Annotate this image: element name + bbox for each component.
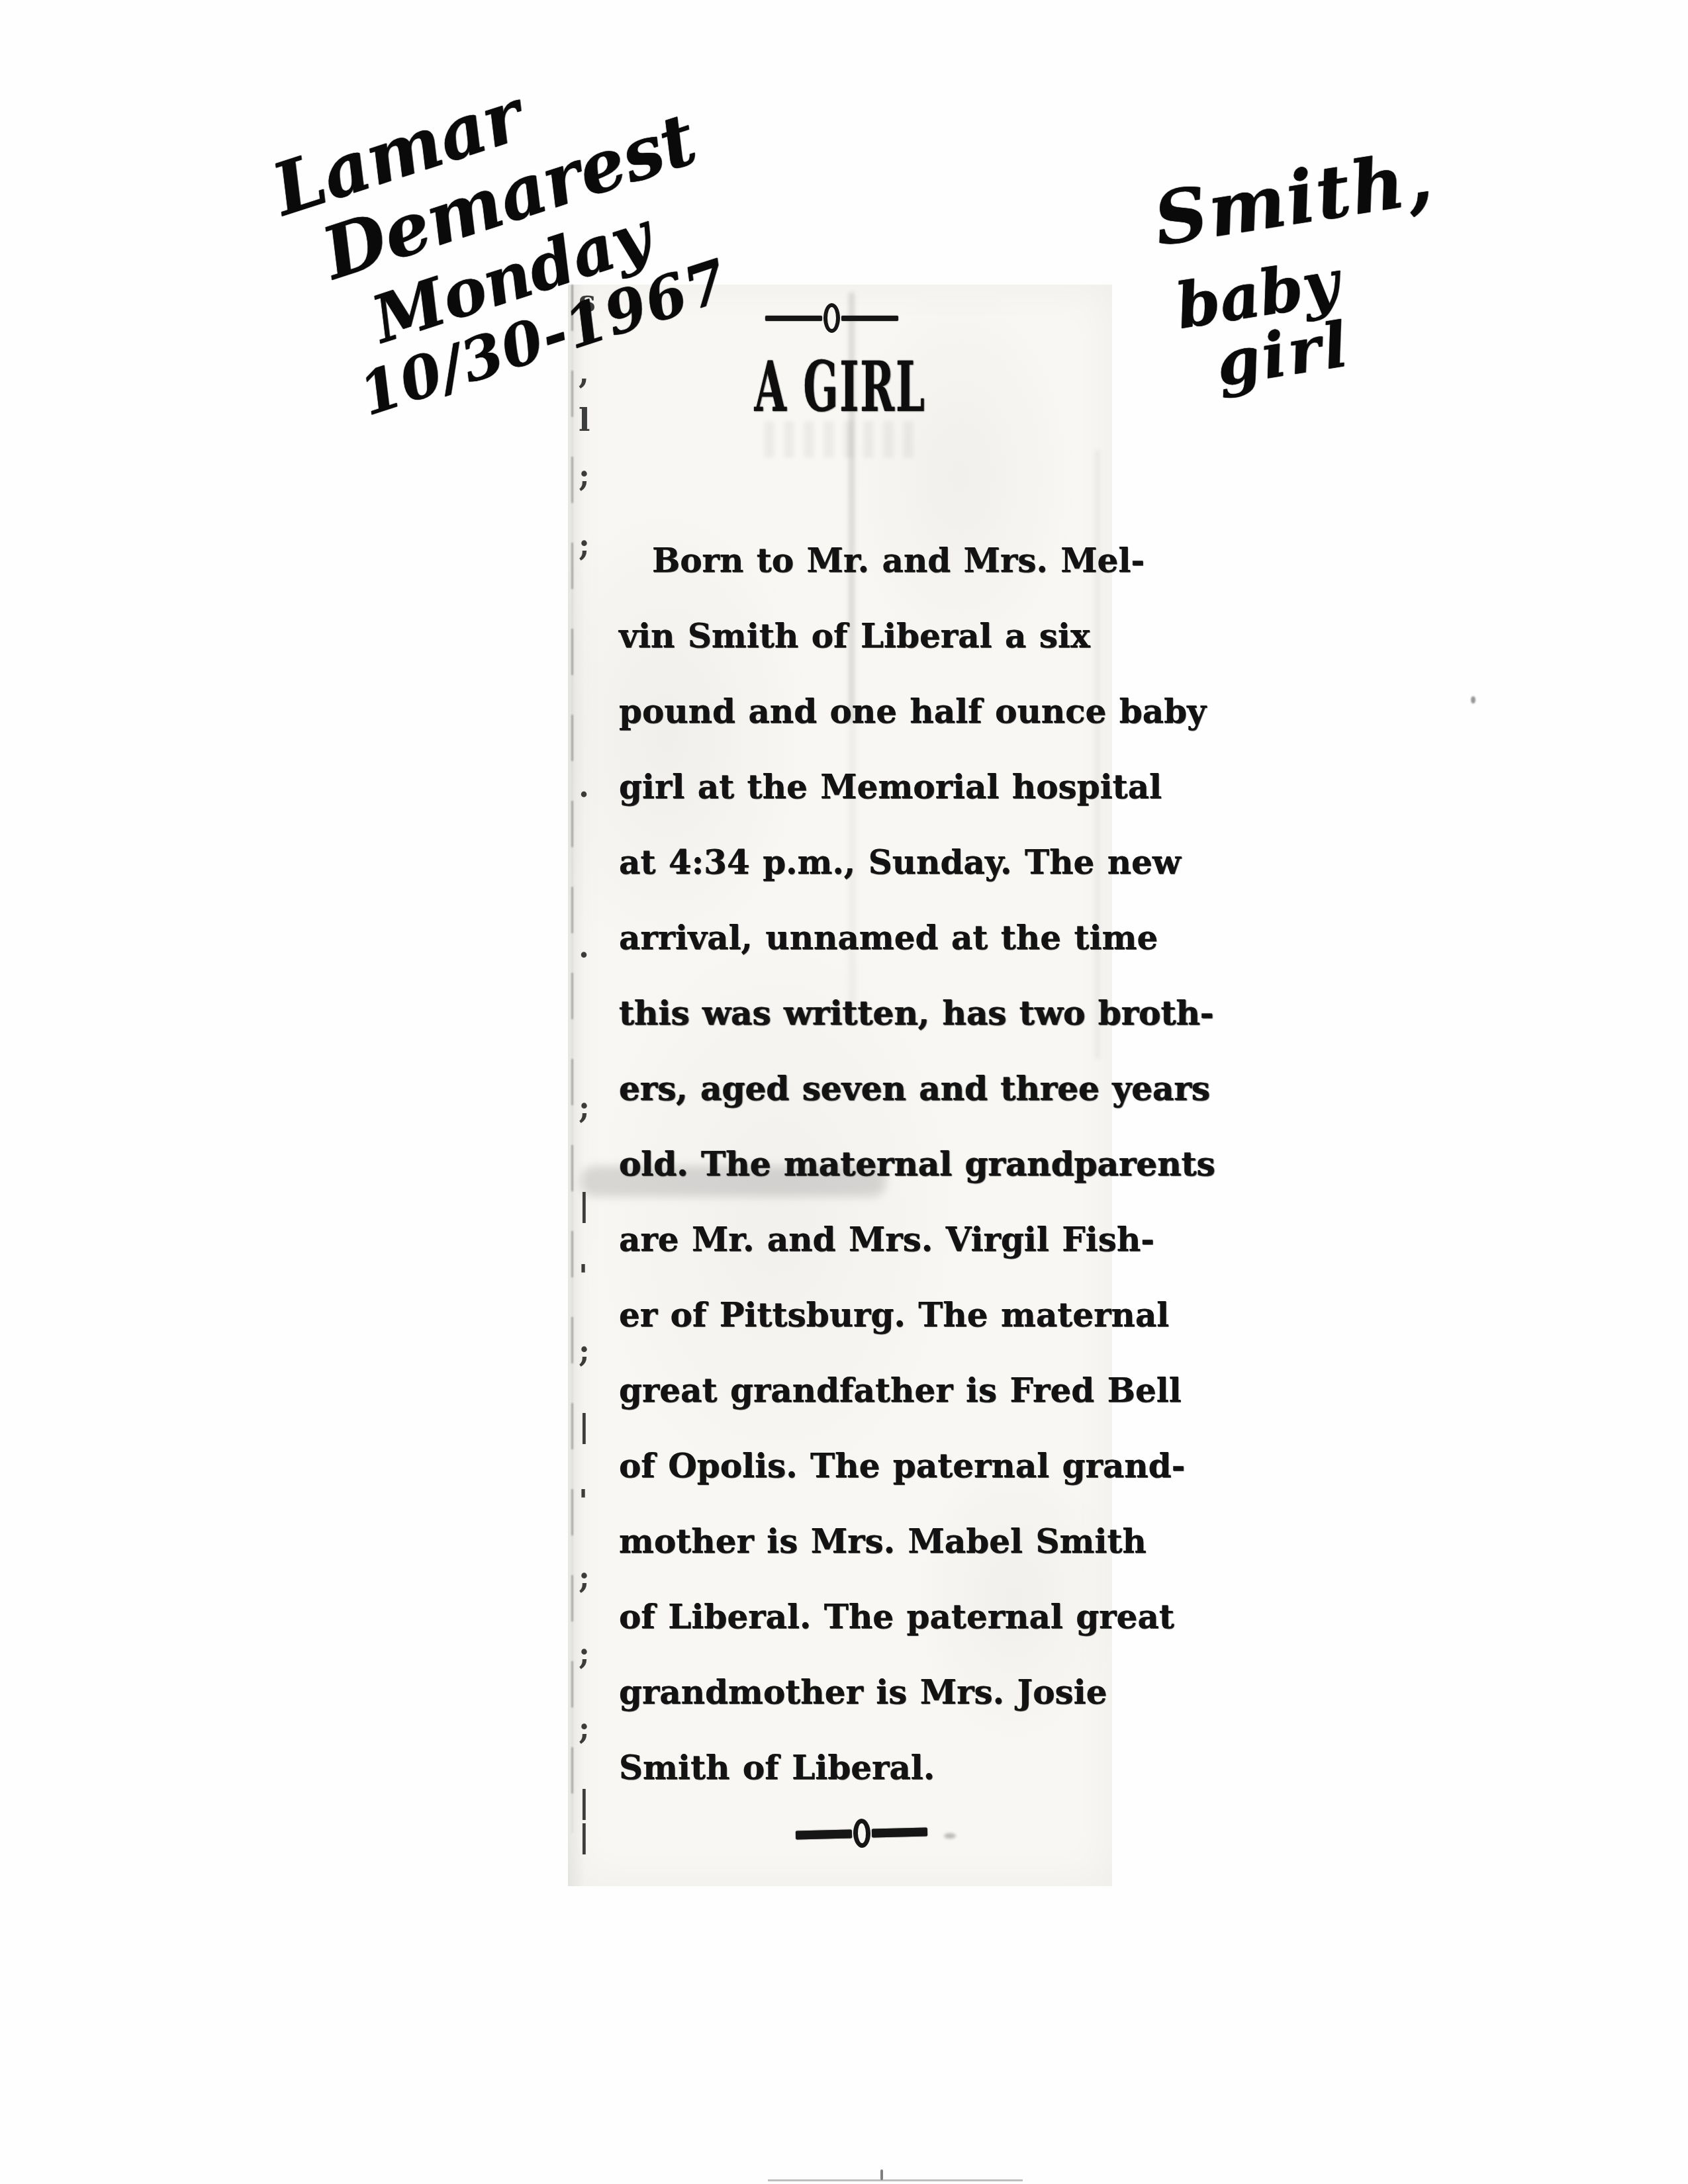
torn-edge-fragment: ; (579, 1713, 590, 1743)
torn-edge-fragment: , (579, 357, 589, 388)
scan-speck (1471, 696, 1476, 704)
body-text-line: grandmother is Mrs. Josie (619, 1655, 1086, 1730)
torn-edge-fragment: ; (579, 1092, 590, 1122)
scan-edge-artifact (768, 2179, 1023, 2181)
scan-speck (944, 1833, 956, 1839)
torn-edge-line (571, 285, 573, 1833)
body-text-line: er of Pittsburg. The maternal (619, 1277, 1086, 1353)
body-text-line: great grandfather is Fred Bell (619, 1353, 1086, 1428)
divider-bar (765, 316, 822, 321)
handwritten-note-subject: Smith, baby girl (1149, 136, 1462, 406)
divider-bar (841, 316, 898, 321)
divider-oval-icon (823, 303, 840, 333)
body-text-line: this was written, has two broth- (619, 976, 1086, 1051)
body-text-line: Born to Mr. and Mrs. Mel- (619, 523, 1086, 598)
torn-edge-fragment: | (579, 1411, 590, 1441)
body-text-line: old. The maternal grandparents (619, 1126, 1086, 1202)
torn-edge-fragment: ; (579, 1638, 590, 1668)
divider-oval-icon (853, 1819, 870, 1848)
torn-edge-fragment: | (579, 1787, 590, 1817)
body-text-line: of Opolis. The paternal grand- (619, 1428, 1086, 1504)
torn-edge-fragment: · (579, 940, 589, 970)
body-text-line: mother is Mrs. Mabel Smith (619, 1504, 1086, 1579)
body-text-line: are Mr. and Mrs. Virgil Fish- (619, 1202, 1086, 1277)
body-text-line: arrival, unnamed at the time (619, 900, 1086, 976)
torn-edge-fragment: ' (579, 1486, 588, 1516)
body-text-line: of Liberal. The paternal great (619, 1579, 1086, 1655)
torn-edge-fragment: ; (579, 1562, 590, 1592)
torn-edge-fragment: ; (579, 460, 590, 490)
torn-edge-fragment: ' (579, 1261, 588, 1291)
article-headline: A GIRL (677, 353, 1003, 422)
body-text-line: girl at the Memorial hospital (619, 749, 1086, 825)
scanned-document-page: Lamar Demarest Monday 10/30-1967 Smith, … (0, 0, 1688, 2184)
body-text-line: pound and one half ounce baby (619, 674, 1086, 749)
body-text-line: ers, aged seven and three years (619, 1051, 1086, 1126)
divider-bar (871, 1827, 927, 1837)
divider-bar (796, 1829, 852, 1839)
torn-edge-fragment: ; (579, 1336, 590, 1366)
torn-edge-fragment: | (579, 1190, 590, 1220)
top-divider-ornament (765, 303, 898, 333)
body-text-line: Smith of Liberal. (619, 1730, 1086, 1805)
torn-edge-fragment: l (579, 405, 590, 435)
scan-speck (880, 2169, 883, 2180)
torn-edge-fragment: . (579, 771, 589, 801)
torn-edge-fragment: ; (579, 529, 590, 560)
body-text-line: vin Smith of Liberal a six (619, 598, 1086, 674)
newspaper-clipping: A GIRL Born to Mr. and Mrs. Mel- vin Smi… (568, 285, 1112, 1886)
bottom-divider-ornament (795, 1817, 927, 1849)
torn-edge-fragment: | (579, 1821, 590, 1852)
article-body: Born to Mr. and Mrs. Mel- vin Smith of L… (619, 523, 1086, 1805)
body-text-line: at 4:34 p.m., Sunday. The new (619, 825, 1086, 900)
